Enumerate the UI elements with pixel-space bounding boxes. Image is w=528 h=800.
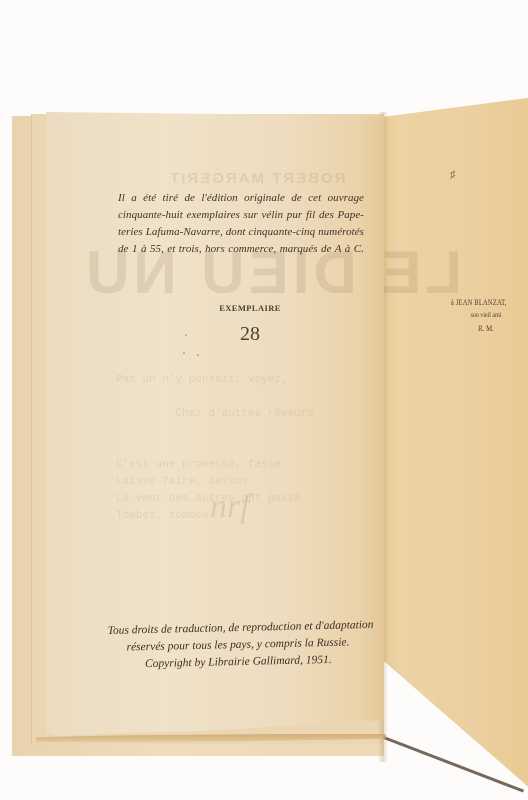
copyright-notice: Tous droits de traduction, de reproducti… <box>107 617 368 674</box>
print-run-statement: Il a été tiré de l'édition originale de … <box>118 190 364 258</box>
dedication: à JEAN BLANZAT, son vieil ami R. M. <box>446 296 526 335</box>
show-through-nrf-logo: nrf <box>210 488 250 526</box>
dedication-line: à JEAN BLANZAT, <box>446 296 512 309</box>
right-page <box>382 96 528 796</box>
book-photo: ROBERT MARGERIT LE DIEU NU Pas un n'y pe… <box>0 0 528 800</box>
justification-line: cinquante-huit exemplaires sur vélin pur… <box>118 207 364 224</box>
justification-line: teries Lafuma-Navarre, dont cinquante-ci… <box>118 224 364 241</box>
exemplaire-label: EXEMPLAIRE <box>150 303 350 313</box>
justification-line: de 1 à 55, et trois, hors commerce, marq… <box>118 241 364 258</box>
paper-specks <box>183 332 203 356</box>
pencil-mark: ♯ <box>450 169 456 181</box>
justification-line: Il a été tiré de l'édition originale de … <box>118 190 364 207</box>
dedication-line: son vieil ami <box>452 309 520 322</box>
exemplaire-number: 28 <box>150 323 350 346</box>
dedication-line: R. M. <box>452 322 520 335</box>
show-through-author: ROBERT MARGERIT <box>168 170 346 187</box>
